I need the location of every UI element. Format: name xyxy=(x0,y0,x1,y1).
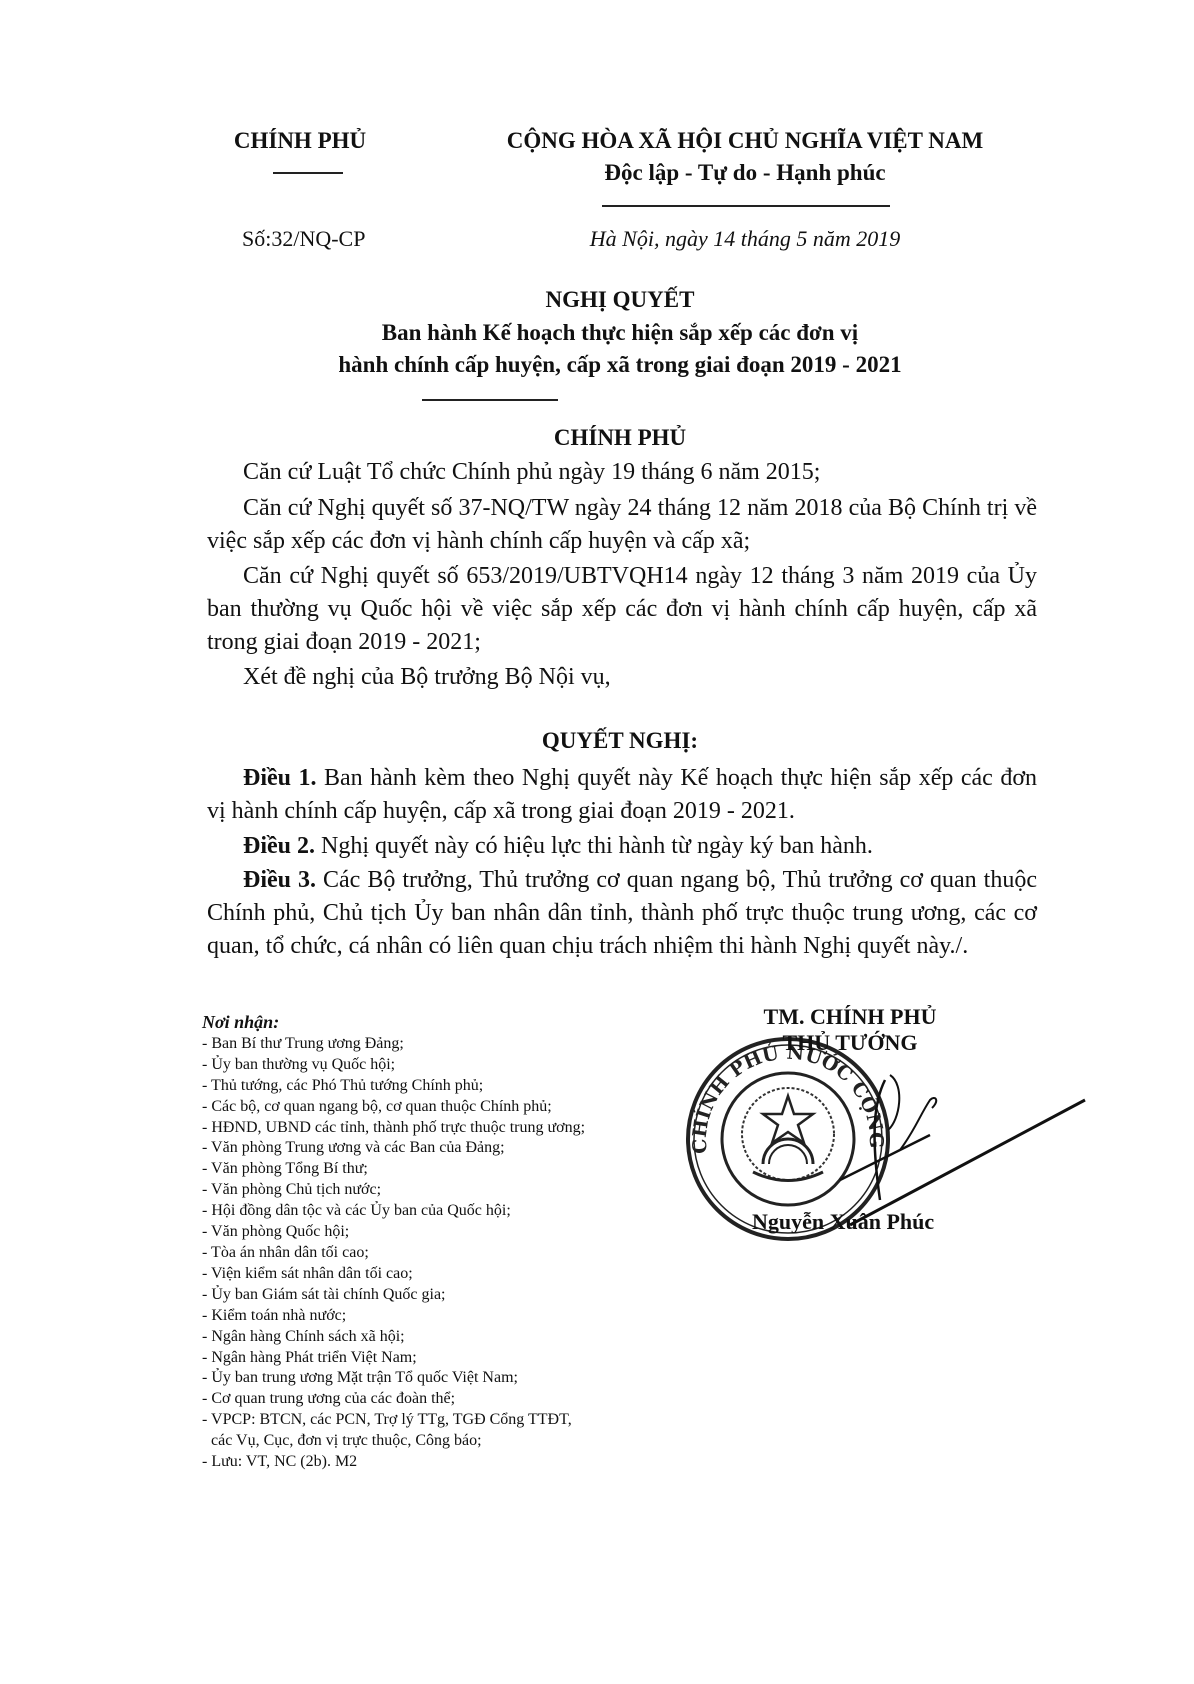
article-text: Nghị quyết này có hiệu lực thi hành từ n… xyxy=(315,833,873,859)
recipients-heading: Nơi nhận: xyxy=(202,1012,672,1033)
national-motto: Độc lập - Tự do - Hạnh phúc xyxy=(455,160,1035,186)
recipients-list: Nơi nhận: - Ban Bí thư Trung ương Đảng;-… xyxy=(202,1012,672,1473)
article-text: Ban hành kèm theo Nghị quyết này Kế hoạc… xyxy=(207,765,1037,824)
signer-name: Nguyễn Xuân Phúc xyxy=(752,1209,1012,1235)
legal-basis: Căn cứ Nghị quyết số 37-NQ/TW ngày 24 th… xyxy=(207,492,1037,558)
recipient-item: - Ủy ban Giám sát tài chính Quốc gia; xyxy=(202,1285,672,1306)
recipient-item: - Các bộ, cơ quan ngang bộ, cơ quan thuộ… xyxy=(202,1097,672,1118)
place-and-date: Hà Nội, ngày 14 tháng 5 năm 2019 xyxy=(455,226,1035,252)
national-title: CỘNG HÒA XÃ HỘI CHỦ NGHĨA VIỆT NAM xyxy=(455,128,1035,154)
recipient-items: - Ban Bí thư Trung ương Đảng;- Ủy ban th… xyxy=(202,1034,672,1431)
document-subtitle-line-2: hành chính cấp huyện, cấp xã trong giai … xyxy=(180,352,1060,378)
article-3: Điều 3. Các Bộ trưởng, Thủ trưởng cơ qua… xyxy=(207,864,1037,963)
recipient-item: - Ban Bí thư Trung ương Đảng; xyxy=(202,1034,672,1055)
recipient-item: - Kiểm toán nhà nước; xyxy=(202,1306,672,1327)
article-text: Các Bộ trưởng, Thủ trưởng cơ quan ngang … xyxy=(207,867,1037,959)
article-2: Điều 2. Nghị quyết này có hiệu lực thi h… xyxy=(207,830,1037,863)
recipient-item: - Văn phòng Quốc hội; xyxy=(202,1222,672,1243)
article-label: Điều 3. xyxy=(243,867,316,893)
legal-basis: Căn cứ Nghị quyết số 653/2019/UBTVQH14 n… xyxy=(207,560,1037,659)
recipient-item: - Viện kiểm sát nhân dân tối cao; xyxy=(202,1264,672,1285)
recipient-item: - Ủy ban thường vụ Quốc hội; xyxy=(202,1055,672,1076)
agency-divider xyxy=(273,172,343,174)
signature-block: TM. CHÍNH PHỦ THỦ TƯỚNG xyxy=(700,1004,1000,1056)
recipient-item: - Văn phòng Tổng Bí thư; xyxy=(202,1159,672,1180)
recipient-item: - Cơ quan trung ương của các đoàn thể; xyxy=(202,1389,672,1410)
recipient-item: - Ngân hàng Chính sách xã hội; xyxy=(202,1327,672,1348)
recipient-item: - Văn phòng Chủ tịch nước; xyxy=(202,1180,672,1201)
signer-position: THỦ TƯỚNG xyxy=(700,1030,1000,1056)
recipient-item: - Ngân hàng Phát triển Việt Nam; xyxy=(202,1348,672,1369)
issuer-heading: CHÍNH PHỦ xyxy=(180,425,1060,451)
document-subtitle-line-1: Ban hành Kế hoạch thực hiện sắp xếp các … xyxy=(180,320,1060,346)
legal-basis: Căn cứ Luật Tổ chức Chính phủ ngày 19 th… xyxy=(207,456,1037,489)
issuing-agency: CHÍNH PHỦ xyxy=(220,128,380,154)
recipient-item: - Hội đồng dân tộc và các Ủy ban của Quố… xyxy=(202,1201,672,1222)
recipient-item: - Thủ tướng, các Phó Thủ tướng Chính phủ… xyxy=(202,1076,672,1097)
article-label: Điều 1. xyxy=(243,765,317,791)
recipient-item: - HĐND, UBND các tỉnh, thành phố trực th… xyxy=(202,1118,672,1139)
on-behalf-label: TM. CHÍNH PHỦ xyxy=(700,1004,1000,1030)
legal-basis: Xét đề nghị của Bộ trưởng Bộ Nội vụ, xyxy=(207,661,1037,694)
document-number: Số:32/NQ-CP xyxy=(242,226,365,252)
recipient-continuation: các Vụ, Cục, đơn vị trực thuộc, Công báo… xyxy=(202,1431,672,1452)
article-1: Điều 1. Ban hành kèm theo Nghị quyết này… xyxy=(207,762,1037,828)
recipient-archive: - Lưu: VT, NC (2b). M2 xyxy=(202,1452,672,1473)
article-label: Điều 2. xyxy=(243,833,315,859)
title-divider xyxy=(422,399,558,401)
motto-divider xyxy=(602,205,890,207)
recipient-item: - VPCP: BTCN, các PCN, Trợ lý TTg, TGĐ C… xyxy=(202,1410,672,1431)
document-type-title: NGHỊ QUYẾT xyxy=(180,287,1060,313)
recipient-item: - Tòa án nhân dân tối cao; xyxy=(202,1243,672,1264)
recipient-item: - Ủy ban trung ương Mặt trận Tổ quốc Việ… xyxy=(202,1368,672,1389)
decision-heading: QUYẾT NGHỊ: xyxy=(180,728,1060,754)
recipient-item: - Văn phòng Trung ương và các Ban của Đả… xyxy=(202,1138,672,1159)
handwritten-signature-icon xyxy=(780,1060,1100,1230)
